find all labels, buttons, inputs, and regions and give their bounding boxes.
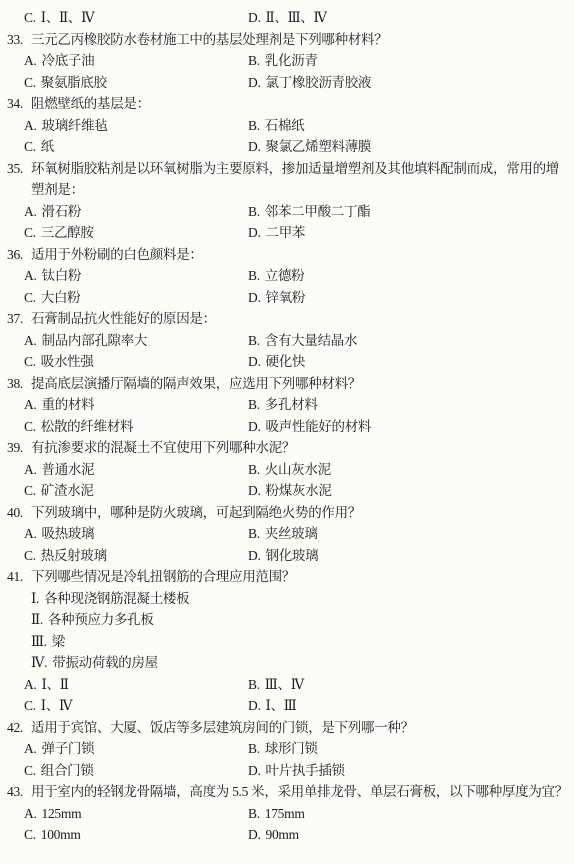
option-label: A. [24, 459, 37, 481]
option-label: A. [24, 50, 37, 72]
option-label: A. [24, 265, 37, 287]
option-38-C: C.松散的纤维材料 [24, 416, 248, 438]
roman-item-text: 梁 [52, 631, 65, 653]
roman-item-Ⅲ: Ⅲ.梁 [7, 631, 570, 653]
option-row: C.100mmD.90mm [7, 824, 570, 846]
question-text: 适用于外粉刷的白色颜料是： [31, 244, 570, 266]
option-text: 球形门锁 [265, 738, 318, 760]
option-label: C. [24, 695, 36, 717]
option-text: 普通水泥 [42, 459, 95, 481]
option-label: C. [24, 760, 36, 782]
option-text: 组合门锁 [41, 760, 94, 782]
option-label: D. [248, 545, 261, 567]
question-36: 36.适用于外粉刷的白色颜料是：A.钛白粉B.立德粉C.大白粉D.锌氧粉 [7, 244, 570, 309]
option-label: A. [24, 201, 37, 223]
option-carryover-C: C.Ⅰ、Ⅱ、Ⅳ [24, 7, 248, 29]
option-text: Ⅰ、Ⅱ、Ⅳ [41, 7, 95, 29]
option-label: A. [24, 394, 37, 416]
option-41-B: B.Ⅲ、Ⅳ [248, 674, 570, 696]
question-number: 36. [7, 244, 31, 266]
option-label: A. [24, 674, 37, 696]
option-row: C.Ⅰ、ⅣD.Ⅰ、Ⅲ [7, 695, 570, 717]
option-text: Ⅰ、Ⅳ [41, 695, 72, 717]
question-stem: 40.下列玻璃中，哪种是防火玻璃，可起到隔绝火势的作用？ [7, 502, 570, 524]
question-number: 42. [7, 717, 31, 739]
option-label: B. [248, 50, 260, 72]
option-text: 热反射玻璃 [41, 545, 107, 567]
question-number: 38. [7, 373, 31, 395]
question-text: 用于室内的轻钢龙骨隔墙，高度为 5.5 米，采用单排龙骨、单层石膏板，以下哪种厚… [31, 781, 570, 803]
option-text: 175mm [265, 803, 305, 825]
option-43-A: A.125mm [24, 803, 248, 825]
option-40-A: A.吸热玻璃 [24, 523, 248, 545]
option-38-D: D.吸声性能好的材料 [248, 416, 570, 438]
option-40-D: D.钢化玻璃 [248, 545, 570, 567]
question-41: 41.下列哪些情况是冷轧扭钢筋的合理应用范围？Ⅰ.各种现浇钢筋混凝土楼板Ⅱ.各种… [7, 566, 570, 717]
option-35-C: C.三乙醇胺 [24, 222, 248, 244]
roman-item-Ⅰ: Ⅰ.各种现浇钢筋混凝土楼板 [7, 588, 570, 610]
option-text: Ⅲ、Ⅳ [265, 674, 304, 696]
option-text: 冷底子油 [42, 50, 95, 72]
question-stem: 38.提高底层演播厅隔墙的隔声效果，应选用下列哪种材料？ [7, 373, 570, 395]
exam-sheet: C.Ⅰ、Ⅱ、ⅣD.Ⅱ、Ⅲ、Ⅳ 33.三元乙丙橡胶防水卷材施工中的基层处理剂是下列… [0, 0, 574, 864]
question-stem: 33.三元乙丙橡胶防水卷材施工中的基层处理剂是下列哪种材料？ [7, 29, 570, 51]
option-row: A.制品内部孔隙率大B.含有大量结晶水 [7, 330, 570, 352]
option-label: C. [24, 72, 36, 94]
option-37-D: D.硬化快 [248, 351, 570, 373]
option-text: 钢化玻璃 [266, 545, 319, 567]
question-42: 42.适用于宾馆、大厦、饭店等多层建筑房间的门锁，是下列哪一种？A.弹子门锁B.… [7, 717, 570, 782]
question-text: 适用于宾馆、大厦、饭店等多层建筑房间的门锁，是下列哪一种？ [31, 717, 570, 739]
option-text: 90mm [266, 824, 299, 846]
option-35-A: A.滑石粉 [24, 201, 248, 223]
option-label: B. [248, 330, 260, 352]
option-label: B. [248, 738, 260, 760]
question-number: 41. [7, 566, 31, 588]
option-42-A: A.弹子门锁 [24, 738, 248, 760]
roman-item-label: Ⅱ. [31, 609, 43, 631]
option-label: B. [248, 803, 260, 825]
question-stem: 41.下列哪些情况是冷轧扭钢筋的合理应用范围？ [7, 566, 570, 588]
question-number: 35. [7, 158, 31, 180]
option-text: 钛白粉 [42, 265, 82, 287]
option-text: 立德粉 [265, 265, 305, 287]
option-39-B: B.火山灰水泥 [248, 459, 570, 481]
option-label: C. [24, 7, 36, 29]
option-label: D. [248, 287, 261, 309]
option-40-B: B.夹丝玻璃 [248, 523, 570, 545]
roman-item-label: Ⅰ. [31, 588, 39, 610]
option-label: B. [248, 459, 260, 481]
option-text: 矿渣水泥 [41, 480, 94, 502]
option-row: C.三乙醇胺D.二甲苯 [7, 222, 570, 244]
option-text: 玻璃纤维毡 [42, 115, 108, 137]
option-37-C: C.吸水性强 [24, 351, 248, 373]
option-text: 粉煤灰水泥 [266, 480, 332, 502]
option-text: 吸热玻璃 [42, 523, 95, 545]
option-37-A: A.制品内部孔隙率大 [24, 330, 248, 352]
option-text: 125mm [42, 803, 82, 825]
option-row: A.125mmB.175mm [7, 803, 570, 825]
option-38-A: A.重的材料 [24, 394, 248, 416]
option-text: 火山灰水泥 [265, 459, 331, 481]
question-number: 34. [7, 93, 31, 115]
option-row: A.滑石粉B.邻苯二甲酸二丁酯 [7, 201, 570, 223]
option-37-B: B.含有大量结晶水 [248, 330, 570, 352]
option-34-D: D.聚氯乙烯塑料薄膜 [248, 136, 570, 158]
option-33-C: C.聚氨脂底胶 [24, 72, 248, 94]
option-text: 100mm [41, 824, 81, 846]
option-label: A. [24, 803, 37, 825]
option-row: C.松散的纤维材料D.吸声性能好的材料 [7, 416, 570, 438]
option-row: C.Ⅰ、Ⅱ、ⅣD.Ⅱ、Ⅲ、Ⅳ [7, 7, 570, 29]
question-text: 阻燃壁纸的基层是： [31, 93, 570, 115]
roman-item-label: Ⅳ. [31, 652, 47, 674]
option-text: 制品内部孔隙率大 [42, 330, 148, 352]
option-label: C. [24, 222, 36, 244]
option-33-B: B.乳化沥青 [248, 50, 570, 72]
option-36-A: A.钛白粉 [24, 265, 248, 287]
option-label: D. [248, 760, 261, 782]
option-42-C: C.组合门锁 [24, 760, 248, 782]
question-37: 37.石膏制品抗火性能好的原因是：A.制品内部孔隙率大B.含有大量结晶水C.吸水… [7, 308, 570, 373]
question-38: 38.提高底层演播厅隔墙的隔声效果，应选用下列哪种材料？A.重的材料B.多孔材料… [7, 373, 570, 438]
option-34-B: B.石棉纸 [248, 115, 570, 137]
question-34: 34.阻燃壁纸的基层是：A.玻璃纤维毡B.石棉纸C.纸D.聚氯乙烯塑料薄膜 [7, 93, 570, 158]
option-41-A: A.Ⅰ、Ⅱ [24, 674, 248, 696]
option-42-B: B.球形门锁 [248, 738, 570, 760]
option-label: B. [248, 674, 260, 696]
option-text: 石棉纸 [265, 115, 305, 137]
option-38-B: B.多孔材料 [248, 394, 570, 416]
roman-item-text: 各种现浇钢筋混凝土楼板 [44, 588, 189, 610]
question-text: 石膏制品抗火性能好的原因是： [31, 308, 570, 330]
option-label: D. [248, 222, 261, 244]
question-stem: 34.阻燃壁纸的基层是： [7, 93, 570, 115]
question-stem: 37.石膏制品抗火性能好的原因是： [7, 308, 570, 330]
option-row: C.热反射玻璃D.钢化玻璃 [7, 545, 570, 567]
option-text: 松散的纤维材料 [41, 416, 133, 438]
question-35: 35.环氧树脂胶粘剂是以环氧树脂为主要原料，掺加适量增塑剂及其他填料配制而成，常… [7, 158, 570, 244]
option-text: 夹丝玻璃 [265, 523, 318, 545]
option-label: B. [248, 115, 260, 137]
option-text: 邻苯二甲酸二丁酯 [265, 201, 371, 223]
option-34-A: A.玻璃纤维毡 [24, 115, 248, 137]
option-36-C: C.大白粉 [24, 287, 248, 309]
roman-item-text: 各种预应力多孔板 [48, 609, 154, 631]
option-text: 吸水性强 [41, 351, 94, 373]
option-label: D. [248, 7, 261, 29]
option-text: 叶片执手插锁 [266, 760, 345, 782]
option-text: 聚氯乙烯塑料薄膜 [266, 136, 372, 158]
option-text: 纸 [41, 136, 54, 158]
option-41-C: C.Ⅰ、Ⅳ [24, 695, 248, 717]
question-list: 33.三元乙丙橡胶防水卷材施工中的基层处理剂是下列哪种材料？A.冷底子油B.乳化… [7, 29, 570, 846]
question-number: 37. [7, 308, 31, 330]
option-text: 滑石粉 [42, 201, 82, 223]
option-text: 吸声性能好的材料 [266, 416, 372, 438]
option-row: C.吸水性强D.硬化快 [7, 351, 570, 373]
roman-item-Ⅳ: Ⅳ.带振动荷载的房屋 [7, 652, 570, 674]
option-text: 重的材料 [42, 394, 95, 416]
option-row: A.吸热玻璃B.夹丝玻璃 [7, 523, 570, 545]
option-text: Ⅱ、Ⅲ、Ⅳ [266, 7, 327, 29]
option-row: C.组合门锁D.叶片执手插锁 [7, 760, 570, 782]
option-text: 大白粉 [41, 287, 81, 309]
question-number: 40. [7, 502, 31, 524]
option-text: 二甲苯 [266, 222, 306, 244]
option-text: 弹子门锁 [42, 738, 95, 760]
option-label: D. [248, 480, 261, 502]
option-row: A.钛白粉B.立德粉 [7, 265, 570, 287]
option-row: C.纸D.聚氯乙烯塑料薄膜 [7, 136, 570, 158]
question-stem: 43.用于室内的轻钢龙骨隔墙，高度为 5.5 米，采用单排龙骨、单层石膏板，以下… [7, 781, 570, 803]
question-43: 43.用于室内的轻钢龙骨隔墙，高度为 5.5 米，采用单排龙骨、单层石膏板，以下… [7, 781, 570, 846]
option-carryover-D: D.Ⅱ、Ⅲ、Ⅳ [248, 7, 570, 29]
question-stem: 42.适用于宾馆、大厦、饭店等多层建筑房间的门锁，是下列哪一种？ [7, 717, 570, 739]
option-label: C. [24, 480, 36, 502]
option-label: D. [248, 351, 261, 373]
question-33: 33.三元乙丙橡胶防水卷材施工中的基层处理剂是下列哪种材料？A.冷底子油B.乳化… [7, 29, 570, 94]
question-stem: 36.适用于外粉刷的白色颜料是： [7, 244, 570, 266]
option-33-D: D.氯丁橡胶沥青胶液 [248, 72, 570, 94]
option-row: C.聚氨脂底胶D.氯丁橡胶沥青胶液 [7, 72, 570, 94]
option-label: A. [24, 330, 37, 352]
option-label: C. [24, 416, 36, 438]
question-39: 39.有抗渗要求的混凝土不宜使用下列哪种水泥？A.普通水泥B.火山灰水泥C.矿渣… [7, 437, 570, 502]
option-33-A: A.冷底子油 [24, 50, 248, 72]
option-36-B: B.立德粉 [248, 265, 570, 287]
option-39-C: C.矿渣水泥 [24, 480, 248, 502]
option-label: A. [24, 115, 37, 137]
question-text: 提高底层演播厅隔墙的隔声效果，应选用下列哪种材料？ [31, 373, 570, 395]
option-row: A.普通水泥B.火山灰水泥 [7, 459, 570, 481]
question-text: 环氧树脂胶粘剂是以环氧树脂为主要原料，掺加适量增塑剂及其他填料配制而成，常用的增… [31, 158, 570, 201]
option-43-C: C.100mm [24, 824, 248, 846]
option-label: A. [24, 738, 37, 760]
option-39-D: D.粉煤灰水泥 [248, 480, 570, 502]
option-42-D: D.叶片执手插锁 [248, 760, 570, 782]
option-35-D: D.二甲苯 [248, 222, 570, 244]
option-35-B: B.邻苯二甲酸二丁酯 [248, 201, 570, 223]
option-text: 氯丁橡胶沥青胶液 [266, 72, 372, 94]
option-label: D. [248, 824, 261, 846]
option-label: B. [248, 201, 260, 223]
option-label: D. [248, 136, 261, 158]
option-label: C. [24, 136, 36, 158]
option-36-D: D.锌氧粉 [248, 287, 570, 309]
option-text: Ⅰ、Ⅲ [266, 695, 297, 717]
question-number: 39. [7, 437, 31, 459]
option-label: C. [24, 287, 36, 309]
option-text: 锌氧粉 [266, 287, 306, 309]
option-row: A.玻璃纤维毡B.石棉纸 [7, 115, 570, 137]
option-row: A.重的材料B.多孔材料 [7, 394, 570, 416]
option-row: A.Ⅰ、ⅡB.Ⅲ、Ⅳ [7, 674, 570, 696]
option-text: 三乙醇胺 [41, 222, 94, 244]
option-row: A.弹子门锁B.球形门锁 [7, 738, 570, 760]
question-number: 43. [7, 781, 31, 803]
option-text: 含有大量结晶水 [265, 330, 357, 352]
option-43-B: B.175mm [248, 803, 570, 825]
option-label: C. [24, 545, 36, 567]
option-label: D. [248, 695, 261, 717]
option-label: D. [248, 72, 261, 94]
option-label: A. [24, 523, 37, 545]
carryover-options: C.Ⅰ、Ⅱ、ⅣD.Ⅱ、Ⅲ、Ⅳ [7, 7, 570, 29]
roman-item-Ⅱ: Ⅱ.各种预应力多孔板 [7, 609, 570, 631]
option-label: C. [24, 824, 36, 846]
roman-item-label: Ⅲ. [31, 631, 47, 653]
question-text: 有抗渗要求的混凝土不宜使用下列哪种水泥？ [31, 437, 570, 459]
roman-item-text: 带振动荷载的房屋 [52, 652, 158, 674]
option-text: 硬化快 [266, 351, 306, 373]
option-text: Ⅰ、Ⅱ [42, 674, 69, 696]
option-row: C.大白粉D.锌氧粉 [7, 287, 570, 309]
question-stem: 35.环氧树脂胶粘剂是以环氧树脂为主要原料，掺加适量增塑剂及其他填料配制而成，常… [7, 158, 570, 201]
option-label: B. [248, 523, 260, 545]
question-text: 下列哪些情况是冷轧扭钢筋的合理应用范围？ [31, 566, 570, 588]
question-number: 33. [7, 29, 31, 51]
option-label: B. [248, 394, 260, 416]
question-text: 三元乙丙橡胶防水卷材施工中的基层处理剂是下列哪种材料？ [31, 29, 570, 51]
option-text: 乳化沥青 [265, 50, 318, 72]
option-label: C. [24, 351, 36, 373]
option-41-D: D.Ⅰ、Ⅲ [248, 695, 570, 717]
option-row: A.冷底子油B.乳化沥青 [7, 50, 570, 72]
option-row: C.矿渣水泥D.粉煤灰水泥 [7, 480, 570, 502]
option-label: D. [248, 416, 261, 438]
option-text: 聚氨脂底胶 [41, 72, 107, 94]
option-39-A: A.普通水泥 [24, 459, 248, 481]
option-34-C: C.纸 [24, 136, 248, 158]
question-stem: 39.有抗渗要求的混凝土不宜使用下列哪种水泥？ [7, 437, 570, 459]
option-40-C: C.热反射玻璃 [24, 545, 248, 567]
question-text: 下列玻璃中，哪种是防火玻璃，可起到隔绝火势的作用？ [31, 502, 570, 524]
option-43-D: D.90mm [248, 824, 570, 846]
option-label: B. [248, 265, 260, 287]
question-40: 40.下列玻璃中，哪种是防火玻璃，可起到隔绝火势的作用？A.吸热玻璃B.夹丝玻璃… [7, 502, 570, 567]
option-text: 多孔材料 [265, 394, 318, 416]
